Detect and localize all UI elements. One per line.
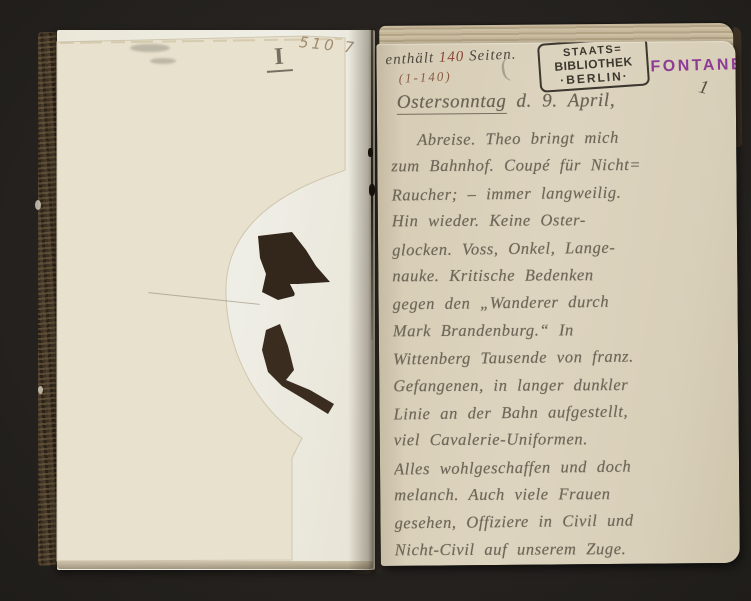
fontane-ownership-stamp: FONTANE.	[650, 56, 740, 77]
entry-title-date: d. 9. April,	[516, 90, 615, 112]
manuscript-line: zum Bahnhof. Coupé für Nicht=	[391, 151, 731, 180]
edge-paper-speck	[35, 200, 41, 210]
manuscript-line: Linie an der Bahn aufgestellt,	[393, 396, 733, 428]
manuscript-line: Nicht-Civil auf unserem Zuge.	[395, 534, 735, 563]
extent-note-range: (1-140)	[398, 68, 452, 86]
entry-title-underlined: Ostersonntag	[397, 91, 507, 115]
manuscript-line: Abreise. Theo bringt mich	[391, 122, 731, 154]
manuscript-line: Hin wieder. Keine Oster-	[392, 206, 732, 235]
manuscript-line: nauke. Kritische Bedenken	[392, 260, 732, 289]
left-pocket-page	[54, 30, 376, 572]
roman-numeral-mark: I	[265, 43, 293, 73]
manuscript-line: Raucher; – immer langweilig.	[391, 177, 731, 209]
manuscript-line: viel Cavalerie-Uniformen.	[394, 425, 734, 454]
extent-note-pre: enthält	[385, 50, 439, 68]
manuscript-line: melanch. Auch viele Frauen	[394, 480, 734, 509]
handwritten-diary-entry: Ostersonntagd. 9. April, Abreise. Theo b…	[391, 89, 735, 564]
photographed-open-notebook: I 510 7 enthält 140 Seiten. (1-140) ( ST…	[0, 0, 751, 601]
edge-paper-speck	[38, 386, 43, 394]
manuscript-line: Gefangenen, in langer dunkler	[393, 370, 733, 399]
pressed-plant-lower-icon	[262, 324, 334, 414]
right-manuscript-page: enthält 140 Seiten. (1-140) ( STAATS= BI…	[376, 41, 740, 566]
manuscript-line: glocken. Voss, Onkel, Lange-	[392, 232, 732, 264]
left-page-bottom-edge	[57, 561, 373, 569]
gutter-damage-speck	[368, 148, 373, 157]
extent-note-number: 140	[439, 49, 465, 66]
manuscript-line: Alles wohlgeschaffen und doch	[394, 451, 734, 483]
entry-title: Ostersonntagd. 9. April,	[397, 89, 731, 114]
manuscript-line: Mark Brandenburg.“ In	[393, 315, 733, 344]
extent-note: enthält 140 Seiten.	[385, 46, 517, 69]
pencil-smudge	[130, 44, 170, 52]
right-page-block: enthält 140 Seiten. (1-140) ( STAATS= BI…	[373, 19, 746, 578]
manuscript-line: gesehen, Offiziere in Civil und	[394, 506, 734, 538]
library-stamp: STAATS= BIBLIOTHEK ·BERLIN·	[537, 41, 650, 93]
extent-note-post: Seiten.	[464, 46, 517, 64]
manuscript-line: Wittenberg Tausende von franz.	[393, 341, 733, 373]
manuscript-line: gegen den „Wanderer durch	[392, 287, 732, 319]
pencil-smudge	[150, 58, 176, 64]
